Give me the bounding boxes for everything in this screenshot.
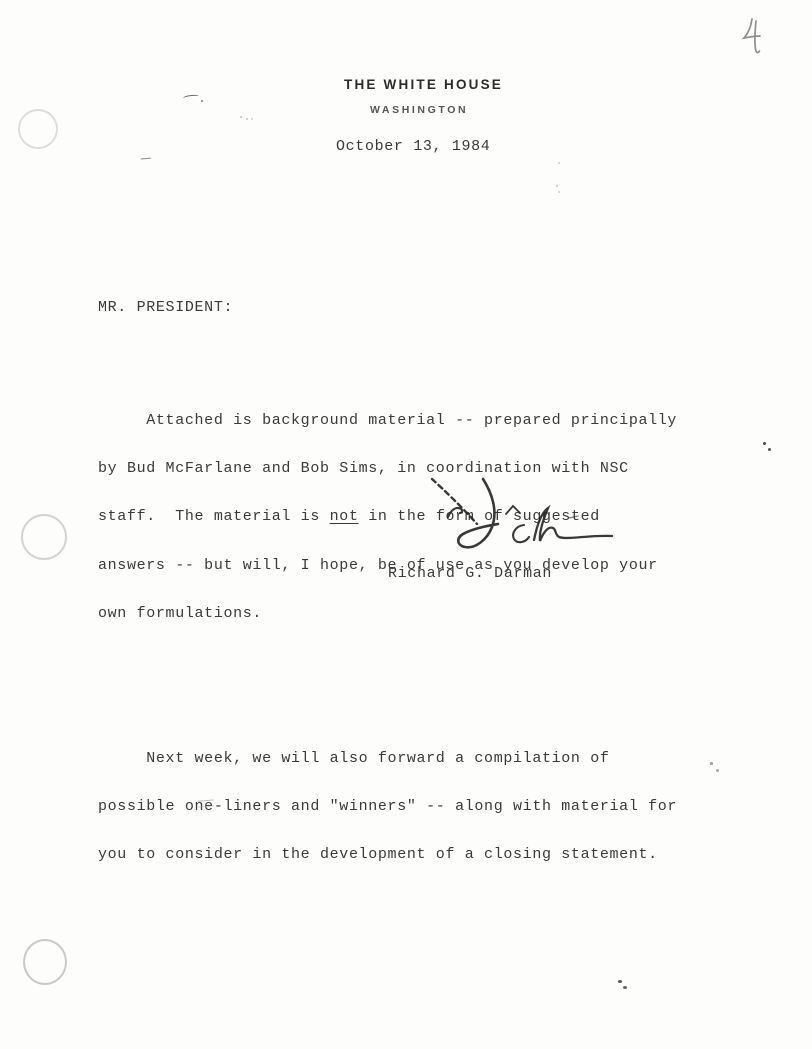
scan-artifact — [618, 980, 622, 983]
scan-artifact — [141, 158, 151, 163]
body-line: you to consider in the development of a … — [98, 847, 677, 863]
hole-punch-bottom — [23, 939, 67, 985]
letterhead-subtitle: WASHINGTON — [370, 104, 468, 116]
scan-artifact — [183, 94, 199, 101]
handwritten-page-number — [740, 16, 768, 60]
memo-body: MR. PRESIDENT: Attached is background ma… — [98, 268, 677, 928]
scan-artifact — [710, 762, 713, 765]
body-line: possible one-liners and "winners" -- alo… — [98, 799, 677, 815]
body-line: Next week, we will also forward a compil… — [98, 751, 677, 767]
signature-ink — [420, 465, 620, 565]
hole-punch-middle — [21, 514, 67, 560]
scan-artifact — [198, 799, 214, 807]
scan-artifact — [201, 100, 203, 102]
scan-artifact — [240, 116, 242, 118]
paragraph-2: Next week, we will also forward a compil… — [98, 718, 677, 895]
hole-punch-top — [18, 109, 58, 149]
body-line-segment: staff. The material is — [98, 508, 330, 525]
body-line: Attached is background material -- prepa… — [98, 413, 677, 429]
letterhead-title: THE WHITE HOUSE — [344, 77, 503, 92]
body-line: own formulations. — [98, 606, 677, 622]
scan-artifact — [556, 185, 558, 187]
scan-artifact — [763, 442, 766, 445]
salutation: MR. PRESIDENT: — [98, 300, 677, 316]
signatory-name: Richard G. Darman — [388, 566, 552, 582]
underlined-word: not — [330, 508, 359, 525]
scan-artifact — [558, 162, 560, 164]
memo-page: THE WHITE HOUSE WASHINGTON October 13, 1… — [0, 0, 812, 1049]
date-line: October 13, 1984 — [336, 139, 490, 155]
